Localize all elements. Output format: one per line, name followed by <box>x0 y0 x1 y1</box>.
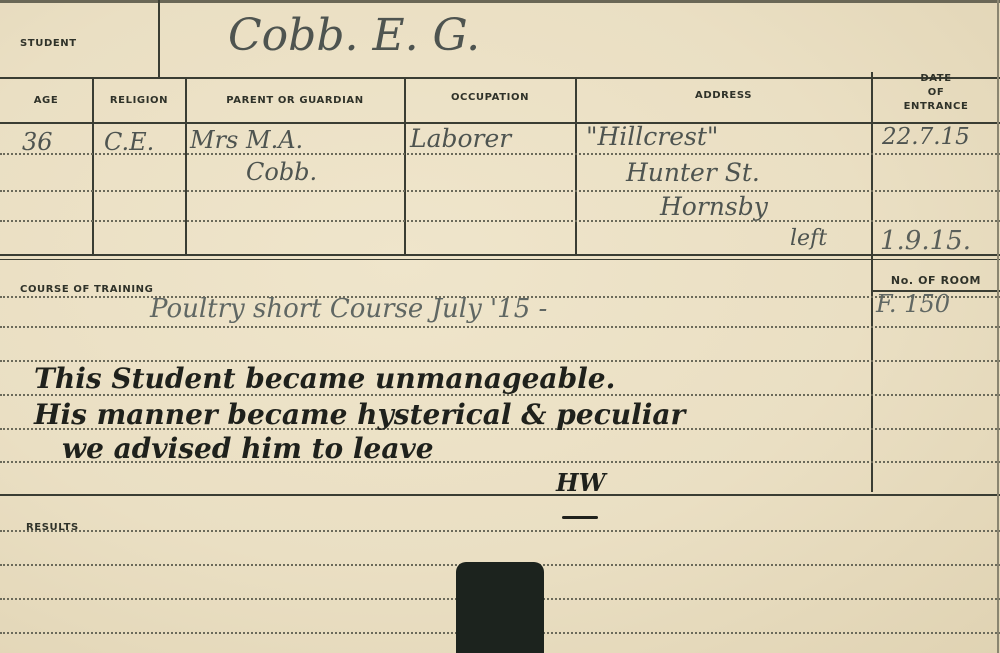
header-date-line2: OF <box>872 86 1000 100</box>
occupation-value: Laborer <box>410 124 511 153</box>
rule-col-occupation <box>575 78 577 256</box>
date-entrance-value: 22.7.15 <box>882 124 970 150</box>
left-label: left <box>790 226 827 251</box>
student-label: STUDENT <box>20 38 77 49</box>
parent-value-line2: Cobb. <box>246 158 317 186</box>
header-date-line1: DATE <box>872 72 1000 86</box>
rule-right-edge <box>997 0 999 653</box>
address-value-line2: Hunter St. <box>626 158 760 187</box>
rule-top <box>0 0 1000 3</box>
initials-underline <box>562 516 598 519</box>
filing-tab-neck <box>472 620 528 653</box>
header-date-line3: ENTRANCE <box>872 100 1000 114</box>
note-initials: HW <box>556 468 606 497</box>
rule-col-parent <box>404 78 406 256</box>
rule-header-top <box>0 77 1000 79</box>
results-dotted-line-1 <box>0 530 1000 532</box>
header-occupation: OCCUPATION <box>405 92 575 103</box>
address-value-line1: "Hillcrest" <box>586 122 718 151</box>
religion-value: C.E. <box>104 128 154 156</box>
table-dotted-row-2 <box>0 190 1000 192</box>
record-card: STUDENT Cobb. E. G. AGE RELIGION PARENT … <box>0 0 1000 653</box>
note-line-2: His manner became hysterical & peculiar <box>34 398 685 431</box>
date-left-value: 1.9.15. <box>880 226 971 256</box>
course-dotted-line-2 <box>0 326 1000 328</box>
course-label: COURSE OF TRAINING <box>20 284 153 295</box>
rule-student-divider <box>158 0 160 78</box>
header-date: DATE OF ENTRANCE <box>872 72 1000 114</box>
address-value-line3: Hornsby <box>660 192 768 221</box>
rule-table-bottom <box>0 254 1000 256</box>
header-parent: PARENT OR GUARDIAN <box>186 95 404 106</box>
rule-notes-bottom <box>0 494 1000 496</box>
rule-table-bottom-2 <box>0 259 1000 260</box>
rule-col-religion <box>185 78 187 256</box>
course-value: Poultry short Course July '15 - <box>150 294 547 324</box>
student-name: Cobb. E. G. <box>228 10 480 61</box>
header-address: ADDRESS <box>576 90 871 101</box>
note-line-3: we advised him to leave <box>62 432 434 465</box>
parent-value-line1: Mrs M.A. <box>190 126 303 154</box>
table-dotted-row-3 <box>0 220 1000 222</box>
age-value: 36 <box>22 128 53 156</box>
room-value: F. 150 <box>876 290 950 318</box>
header-age: AGE <box>0 95 92 106</box>
rule-col-age <box>92 78 94 256</box>
header-religion: RELIGION <box>93 95 185 106</box>
room-label: No. OF ROOM <box>872 274 1000 287</box>
note-line-1: This Student became unmanageable. <box>34 362 615 395</box>
